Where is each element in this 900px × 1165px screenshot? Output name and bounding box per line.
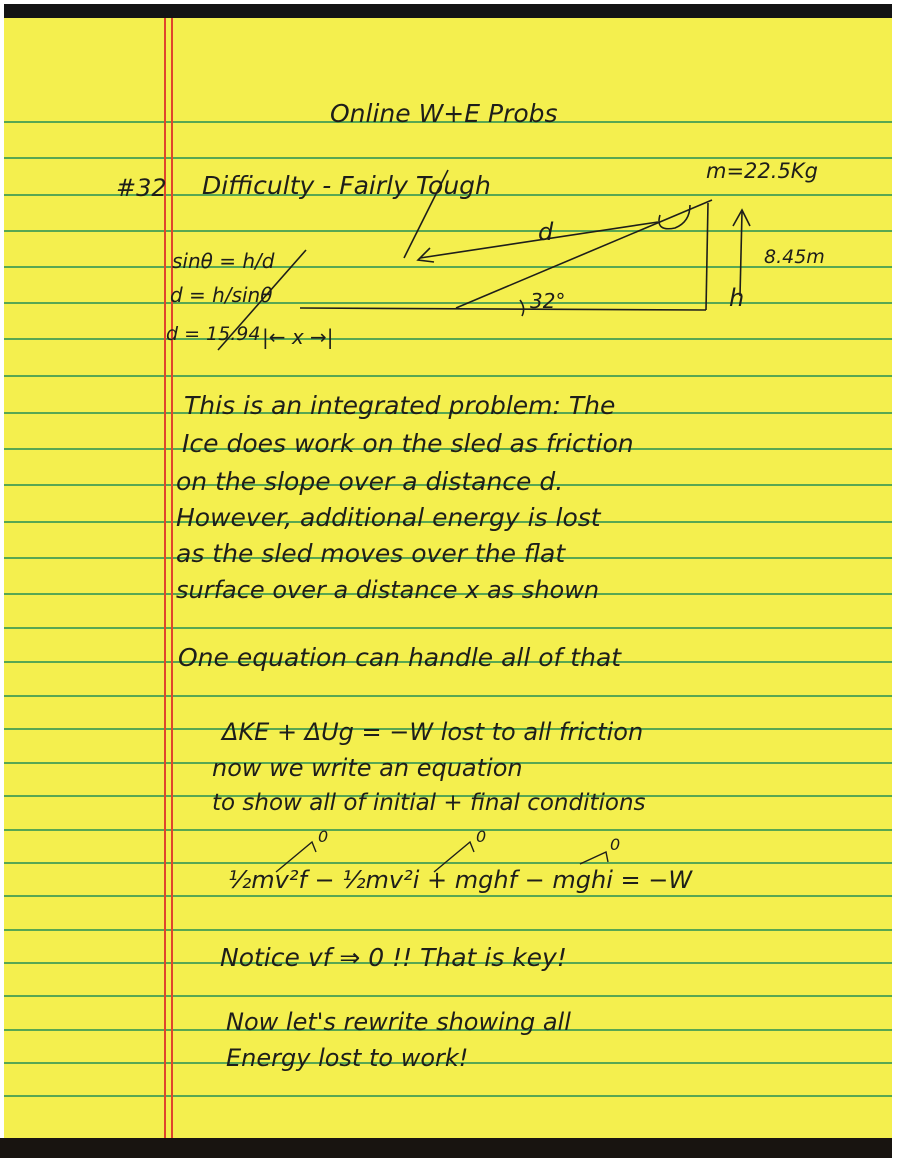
mass-label: m=22.5Kg bbox=[706, 159, 818, 183]
direction-arrow-head bbox=[418, 248, 434, 262]
closing-line-2: Energy lost to work! bbox=[226, 1044, 468, 1072]
scanned-notebook-page: Online W+E Probs #32 Difficulty - Fairly… bbox=[0, 0, 900, 1165]
note-line-6: surface over a distance x as shown bbox=[176, 576, 599, 604]
slope-length-label: d bbox=[538, 218, 554, 246]
handwriting-layer: Online W+E Probs #32 Difficulty - Fairly… bbox=[0, 0, 900, 1165]
angle-label: 32° bbox=[530, 289, 565, 313]
zero-mark-1: 0 bbox=[318, 827, 328, 846]
write-line-1: now we write an equation bbox=[212, 754, 523, 782]
sled-icon bbox=[659, 205, 690, 229]
note-line-3: on the slope over a distance d. bbox=[176, 467, 563, 496]
note-line-5: as the sled moves over the flat bbox=[176, 539, 566, 568]
note-line-2: Ice does work on the sled as friction bbox=[182, 429, 634, 458]
slope-line bbox=[456, 200, 712, 308]
note-line-4: However, additional energy is lost bbox=[176, 503, 602, 532]
height-value: 8.45m bbox=[764, 246, 825, 268]
flat-distance-label: |← x →| bbox=[262, 325, 334, 349]
page-title: Online W+E Probs bbox=[330, 99, 558, 128]
energy-equation: ΔKE + ΔUg = −W lost to all friction bbox=[220, 718, 643, 746]
formula-d-value: d = 15.94 bbox=[166, 323, 260, 345]
notice-line: Notice vf ⇒ 0 !! That is key! bbox=[220, 943, 567, 972]
formula-sine: sinθ = h/d bbox=[172, 249, 275, 273]
note-line-1: This is an integrated problem: The bbox=[184, 391, 615, 420]
closing-line-1: Now let's rewrite showing all bbox=[226, 1008, 571, 1036]
write-line-2: to show all of initial + final condition… bbox=[212, 790, 646, 816]
height-label: h bbox=[729, 284, 744, 312]
angle-arc bbox=[520, 300, 524, 316]
problem-number: #32 bbox=[116, 174, 167, 202]
formula-d: d = h/sinθ bbox=[170, 283, 272, 307]
expanded-equation: ½mv²f − ½mv²i + mghf − mghi = −W bbox=[228, 866, 693, 894]
zero-mark-2: 0 bbox=[476, 827, 486, 846]
zero-mark-3: 0 bbox=[610, 835, 620, 854]
vertical-side bbox=[706, 203, 708, 310]
ground-line bbox=[300, 308, 706, 310]
one-equation-line: One equation can handle all of that bbox=[178, 643, 622, 672]
difficulty-label: Difficulty - Fairly Tough bbox=[202, 171, 491, 200]
